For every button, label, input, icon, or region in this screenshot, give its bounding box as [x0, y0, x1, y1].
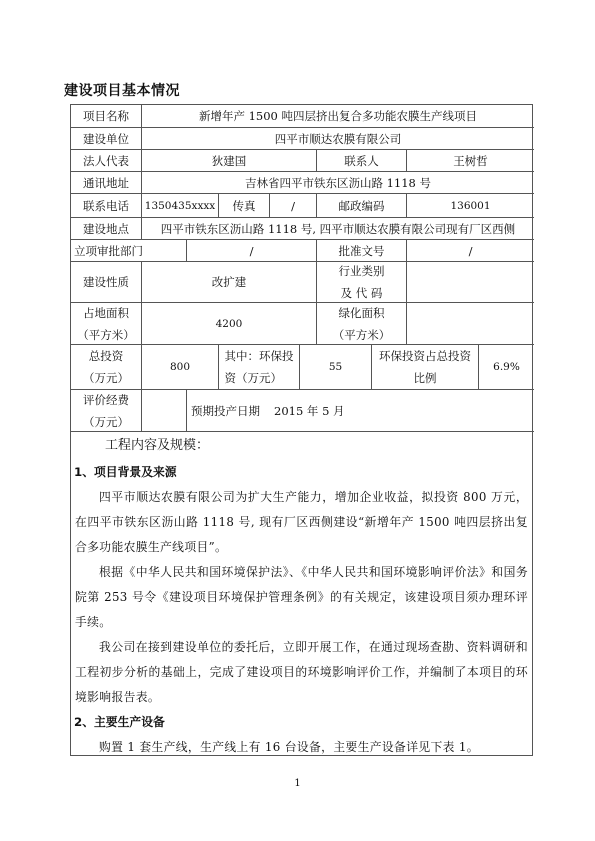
postcode-value: 136001	[407, 194, 534, 218]
paragraph-background: 四平市顺达农膜有限公司为扩大生产能力，增加企业收益，拟投资 800 万元，在四平…	[71, 485, 532, 560]
phone-label: 联系电话	[71, 194, 142, 218]
paragraph-equipment: 购置 1 套生产线，生产线上有 16 台设备，主要生产设备详见下表 1。	[71, 735, 532, 760]
contact-value: 王树哲	[407, 150, 534, 172]
page-number: 1	[0, 778, 595, 789]
approval-dept-label: 立项审批部门	[71, 240, 187, 262]
land-area-value: 4200	[142, 303, 317, 345]
construction-unit-label: 建设单位	[71, 128, 142, 150]
project-info-table: 项目名称 新增年产 1500 吨四层挤出复合多功能农膜生产线项目 建设单位 四平…	[70, 104, 533, 756]
env-investment-label: 其中：环保投资（万元）	[219, 345, 300, 390]
expected-date-value: 2015 年 5 月	[274, 400, 345, 422]
green-area-label: 绿化面积（平方米）	[317, 303, 407, 345]
green-area-value	[407, 303, 534, 345]
paragraph-legal-basis: 根据《中华人民共和国环境保护法》、《中华人民共和国环境影响评价法》和国务院第 2…	[71, 560, 532, 635]
approval-doc-label: 批准文号	[317, 240, 407, 262]
green-area-label-line1: 绿化面积	[333, 302, 391, 324]
address-value: 吉林省四平市铁东区沥山路 1118 号	[142, 172, 534, 194]
total-investment-label-line2: （万元）	[83, 367, 129, 389]
section-2-heading: 2、主要生产设备	[71, 710, 532, 735]
construction-unit-value: 四平市顺达农膜有限公司	[142, 128, 534, 150]
location-value: 四平市铁东区沥山路 1118 号, 四平市顺达农膜有限公司现有厂区西侧	[142, 218, 534, 240]
env-ratio-label-line1: 环保投资占总投资	[379, 345, 471, 367]
nature-label: 建设性质	[71, 262, 142, 303]
fax-value: /	[270, 194, 317, 218]
page-title: 建设项目基本情况	[64, 80, 180, 100]
approval-dept-value: /	[187, 240, 317, 262]
land-area-label-line2: （平方米）	[77, 324, 135, 346]
env-investment-label-line1: 其中：环保投	[225, 345, 294, 367]
eval-fee-label-line2: （万元）	[83, 411, 129, 433]
land-area-label-line1: 占地面积	[77, 302, 135, 324]
total-investment-label: 总投资（万元）	[71, 345, 142, 390]
env-ratio-label-line2: 比例	[379, 367, 471, 389]
env-ratio-value: 6.9%	[479, 345, 534, 390]
contact-label: 联系人	[317, 150, 407, 172]
expected-date-label: 预期投产日期	[191, 400, 260, 422]
industry-code-label: 行业类别及 代 码	[317, 262, 407, 303]
project-content-section: 工程内容及规模： 1、项目背景及来源 四平市顺达农膜有限公司为扩大生产能力，增加…	[71, 432, 532, 760]
project-name-label: 项目名称	[71, 105, 142, 128]
land-area-label: 占地面积（平方米）	[71, 303, 142, 345]
legal-rep-label: 法人代表	[71, 150, 142, 172]
legal-rep-value: 狄建国	[142, 150, 317, 172]
industry-label-line1: 行业类别	[339, 260, 385, 282]
env-investment-label-line2: 资（万元）	[225, 367, 294, 389]
section-1-heading: 1、项目背景及来源	[71, 460, 532, 485]
nature-value: 改扩建	[142, 262, 317, 303]
approval-doc-value: /	[407, 240, 534, 262]
postcode-label: 邮政编码	[317, 194, 407, 218]
fax-label: 传真	[219, 194, 270, 218]
phone-value: 1350435xxxx	[142, 194, 219, 218]
green-area-label-line2: （平方米）	[333, 324, 391, 346]
eval-fee-label-line1: 评价经费	[83, 389, 129, 411]
total-investment-value: 800	[142, 345, 219, 390]
total-investment-label-line1: 总投资	[83, 345, 129, 367]
env-ratio-label: 环保投资占总投资比例	[372, 345, 479, 390]
eval-fee-value	[142, 390, 187, 432]
address-label: 通讯地址	[71, 172, 142, 194]
env-investment-value: 55	[300, 345, 372, 390]
location-label: 建设地点	[71, 218, 142, 240]
paragraph-commission: 我公司在接到建设单位的委托后，立即开展工作，在通过现场查勘、资料调研和工程初步分…	[71, 635, 532, 710]
content-subtitle: 工程内容及规模：	[71, 432, 532, 460]
expected-production-date: 预期投产日期 2015 年 5 月	[187, 390, 534, 432]
eval-fee-label: 评价经费（万元）	[71, 390, 142, 432]
industry-code-value	[407, 262, 534, 303]
project-name-value: 新增年产 1500 吨四层挤出复合多功能农膜生产线项目	[142, 105, 534, 128]
